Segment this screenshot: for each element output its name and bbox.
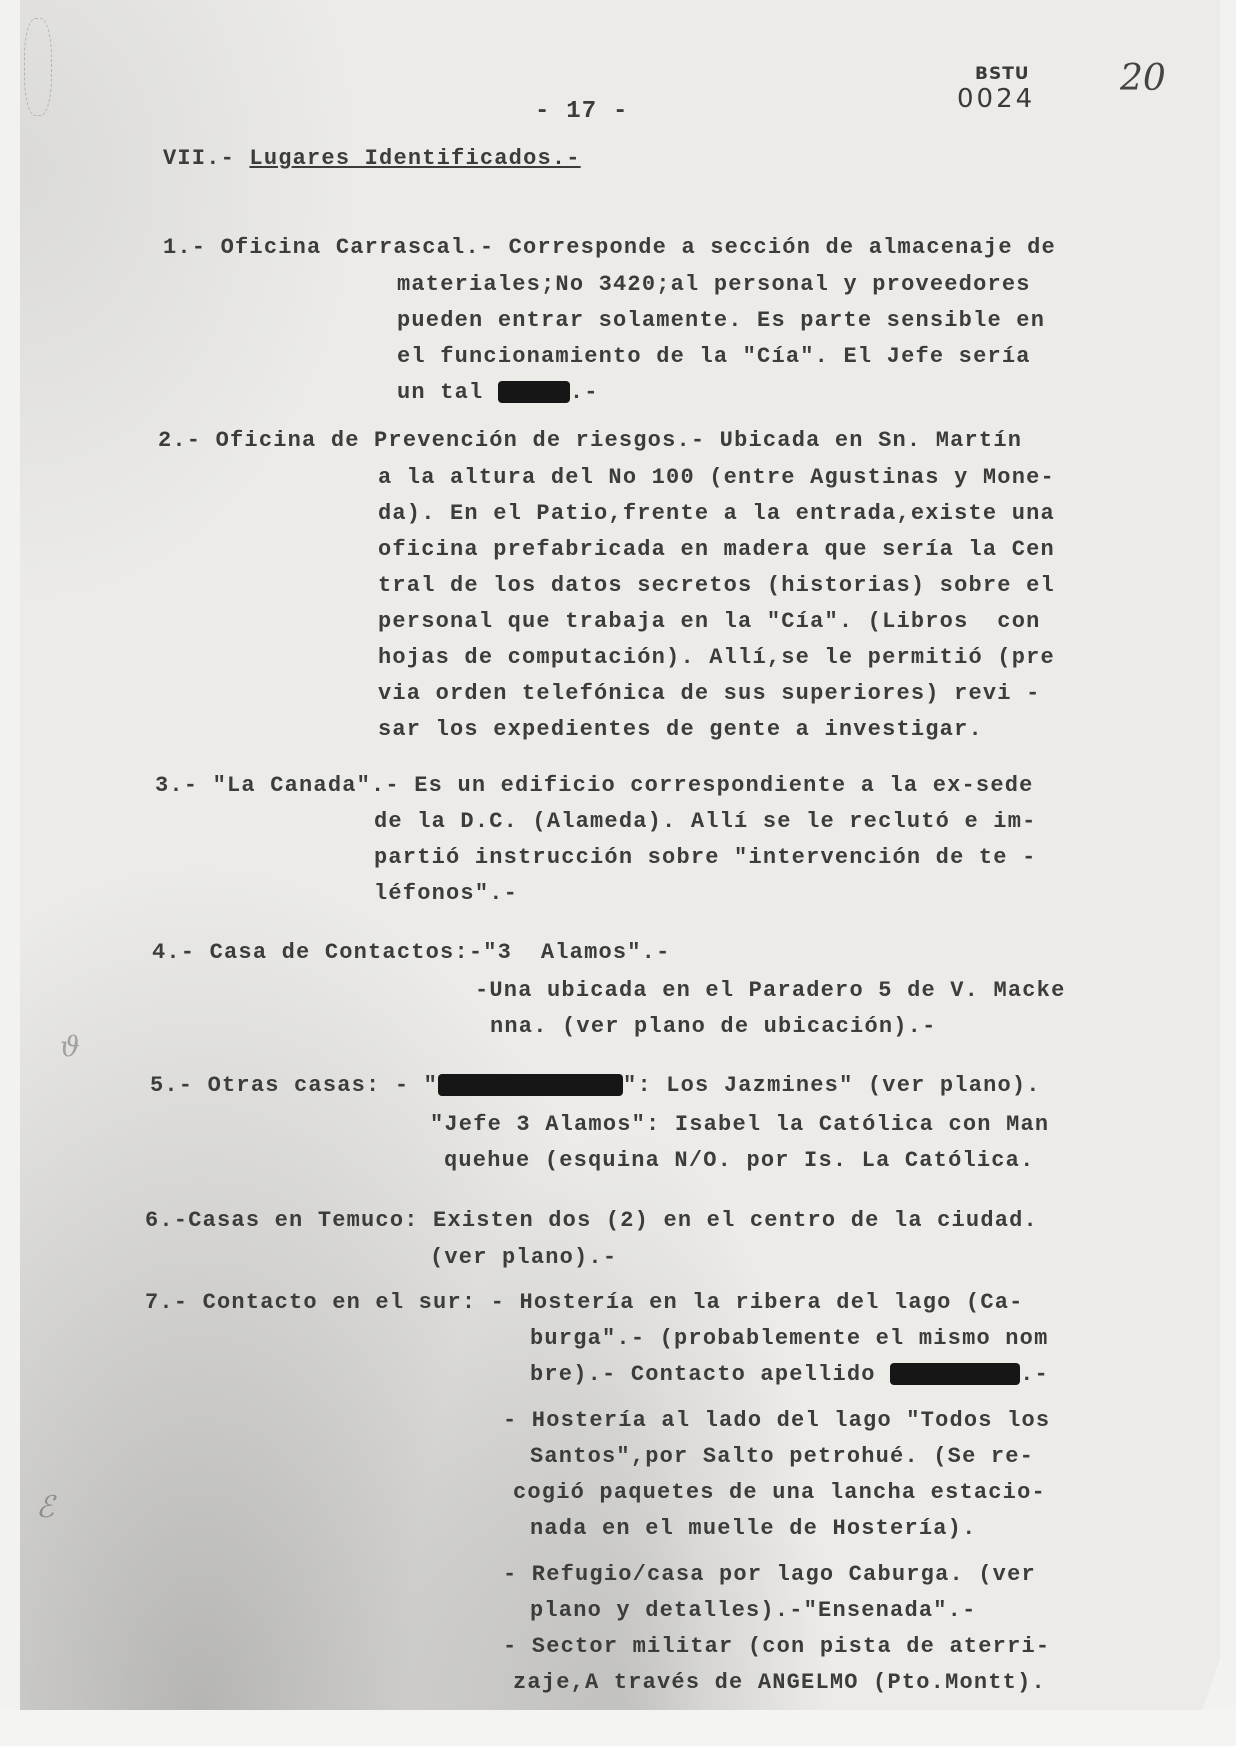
item-7-line-6: cogió paquetes de una lancha estacio- <box>513 1480 1046 1505</box>
margin-mark: ϑ <box>60 1030 80 1063</box>
item-7-line-8: - Refugio/casa por lago Caburga. (ver <box>503 1562 1036 1587</box>
item-1-line-2: materiales;No 3420;al personal y proveed… <box>397 272 1031 297</box>
redaction-block <box>498 381 570 403</box>
item-2-line-7: hojas de computación). Allí,se le permit… <box>378 645 1055 670</box>
item-7-line-3: bre).- Contacto apellido .- <box>530 1362 1049 1387</box>
item-1-line-1: 1.- Oficina Carrascal.- Corresponde a se… <box>163 235 1056 260</box>
item-7-line-4: - Hostería al lado del lago "Todos los <box>503 1408 1050 1433</box>
item-7-line-5: Santos",por Salto petrohué. (Se re- <box>530 1444 1034 1469</box>
item-7-line-11: zaje,A través de ANGELMO (Pto.Montt). <box>513 1670 1046 1695</box>
margin-mark: ℰ <box>36 1490 54 1525</box>
item-7-line-9: plano y detalles).-"Ensenada".- <box>530 1598 976 1623</box>
handwritten-page-number: 20 <box>1120 58 1166 99</box>
section-number: VII.- <box>163 146 235 171</box>
item-2-line-3: da). En el Patio,frente a la entrada,exi… <box>378 501 1055 526</box>
item-2-line-9: sar los expedientes de gente a investiga… <box>378 717 983 742</box>
item-2-line-2: a la altura del No 100 (entre Agustinas … <box>378 465 1055 490</box>
item-5-line-2: "Jefe 3 Alamos": Isabel la Católica con … <box>430 1112 1049 1137</box>
item-2-line-5: tral de los datos secretos (historias) s… <box>378 573 1055 598</box>
item-2-line-4: oficina prefabricada en madera que sería… <box>378 537 1055 562</box>
item-7-line-7: nada en el muelle de Hostería). <box>530 1516 976 1541</box>
section-title: Lugares Identificados.- <box>249 146 580 171</box>
page-number: - 17 - <box>535 98 629 125</box>
item-2-line-1: 2.- Oficina de Prevención de riesgos.- U… <box>158 428 1022 453</box>
item-6-line-2: (ver plano).- <box>430 1245 617 1270</box>
item-5-line-1: 5.- Otras casas: - "": Los Jazmines" (ve… <box>150 1073 1041 1098</box>
item-4-line-2: -Una ubicada en el Paradero 5 de V. Mack… <box>475 978 1066 1003</box>
margin-smudge <box>24 18 52 116</box>
item-3-line-1: 3.- "La Canada".- Es un edificio corresp… <box>155 773 1034 798</box>
item-2-line-6: personal que trabaja en la "Cía". (Libro… <box>378 609 1041 634</box>
item-1-line-4: el funcionamiento de la "Cía". El Jefe s… <box>397 344 1031 369</box>
item-4-line-3: nna. (ver plano de ubicación).- <box>490 1014 936 1039</box>
item-2-line-8: via orden telefónica de sus superiores) … <box>378 681 1041 706</box>
archive-stamp-number: 0024 <box>957 84 1035 114</box>
scan-background <box>0 1710 1236 1746</box>
redaction-block <box>890 1363 1020 1385</box>
item-7-line-1: 7.- Contacto en el sur: - Hostería en la… <box>145 1290 1024 1315</box>
item-4-line-1: 4.- Casa de Contactos:-"3 Alamos".- <box>152 940 670 965</box>
item-3-line-2: de la D.C. (Alameda). Allí se le reclutó… <box>374 809 1037 834</box>
item-7-line-2: burga".- (probablemente el mismo nom <box>530 1326 1048 1351</box>
item-3-line-4: léfonos".- <box>374 881 518 906</box>
section-heading: VII.- Lugares Identificados.- <box>163 146 581 171</box>
item-1-line-3: pueden entrar solamente. Es parte sensib… <box>397 308 1045 333</box>
item-3-line-3: partió instrucción sobre "intervención d… <box>374 845 1037 870</box>
item-6-line-1: 6.-Casas en Temuco: Existen dos (2) en e… <box>145 1208 1038 1233</box>
item-1-line-5: un tal .- <box>397 380 599 405</box>
item-7-line-10: - Sector militar (con pista de aterri- <box>503 1634 1050 1659</box>
archive-stamp-label: BSTU <box>975 64 1030 84</box>
item-5-line-3: quehue (esquina N/O. por Is. La Católica… <box>444 1148 1035 1173</box>
redaction-block <box>438 1074 623 1096</box>
